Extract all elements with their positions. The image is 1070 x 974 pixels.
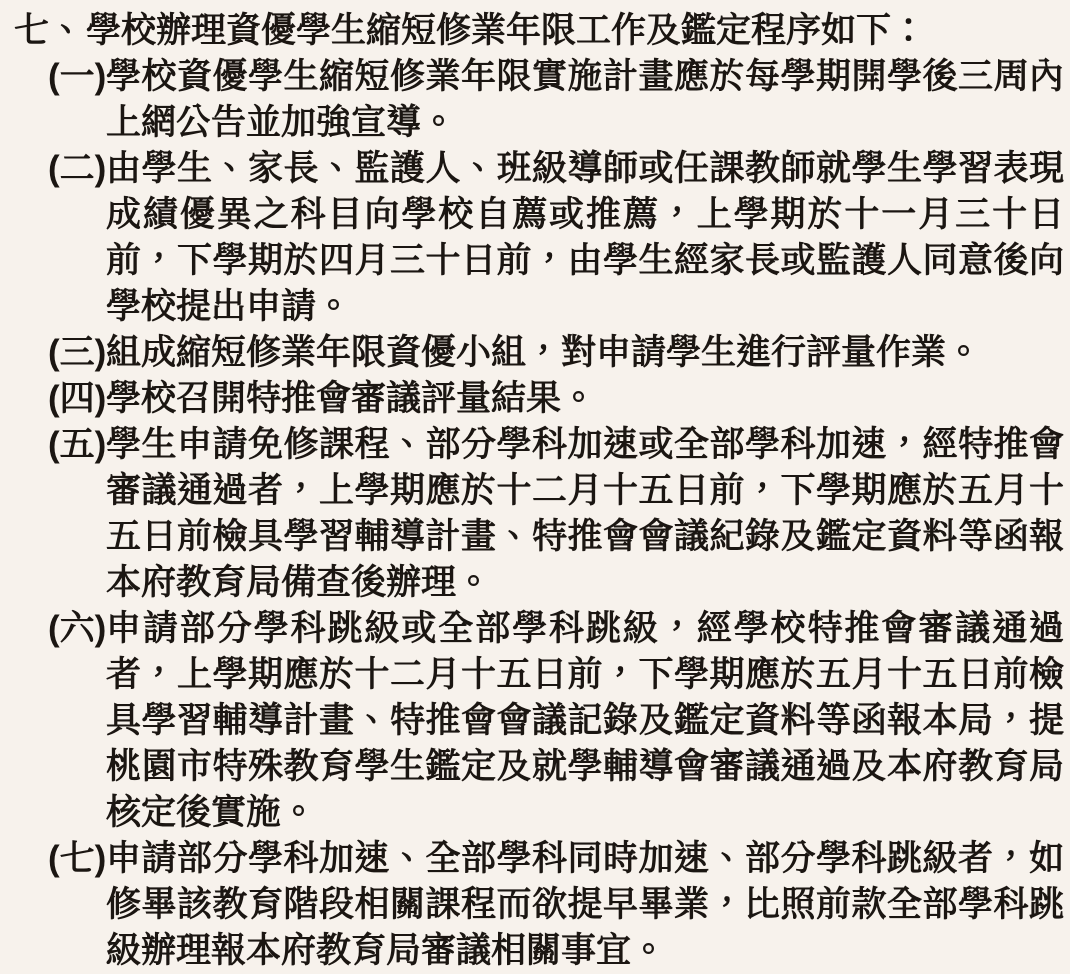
item-text: 申請部分學科跳級或全部學科跳級，經學校特推會審議通過者，上學期應於十二月十五日前… — [106, 606, 1064, 836]
item-text: 組成縮短修業年限資優小組，對申請學生進行評量作業。 — [106, 330, 1064, 376]
item-marker: (四) — [48, 376, 106, 422]
section-item-list: (一) 學校資優學生縮短修業年限實施計畫應於每學期開學後三周內上網公告並加強宣導… — [48, 54, 1064, 974]
item-marker: (三) — [48, 330, 106, 376]
item-text: 學校資優學生縮短修業年限實施計畫應於每學期開學後三周內上網公告並加強宣導。 — [106, 54, 1064, 146]
section-title: 學校辦理資優學生縮短修業年限工作及鑑定程序如下： — [86, 8, 1064, 54]
item-marker: (七) — [48, 836, 106, 882]
section-heading: 七、 學校辦理資優學生縮短修業年限工作及鑑定程序如下： — [14, 8, 1064, 54]
list-item-4: (四) 學校召開特推會審議評量結果。 — [48, 376, 1064, 422]
list-item-3: (三) 組成縮短修業年限資優小組，對申請學生進行評量作業。 — [48, 330, 1064, 376]
document-page: 七、 學校辦理資優學生縮短修業年限工作及鑑定程序如下： (一) 學校資優學生縮短… — [0, 0, 1070, 974]
item-text: 申請部分學科加速、全部學科同時加速、部分學科跳級者，如修畢該教育階段相關課程而欲… — [106, 836, 1064, 974]
list-item-6: (六) 申請部分學科跳級或全部學科跳級，經學校特推會審議通過者，上學期應於十二月… — [48, 606, 1064, 836]
item-text: 學生申請免修課程、部分學科加速或全部學科加速，經特推會審議通過者，上學期應於十二… — [106, 422, 1064, 606]
list-item-5: (五) 學生申請免修課程、部分學科加速或全部學科加速，經特推會審議通過者，上學期… — [48, 422, 1064, 606]
list-item-1: (一) 學校資優學生縮短修業年限實施計畫應於每學期開學後三周內上網公告並加強宣導… — [48, 54, 1064, 146]
item-marker: (六) — [48, 606, 106, 652]
item-marker: (五) — [48, 422, 106, 468]
item-marker: (二) — [48, 146, 106, 192]
item-marker: (一) — [48, 54, 106, 100]
list-item-7: (七) 申請部分學科加速、全部學科同時加速、部分學科跳級者，如修畢該教育階段相關… — [48, 836, 1064, 974]
list-item-2: (二) 由學生、家長、監護人、班級導師或任課教師就學生學習表現成績優異之科目向學… — [48, 146, 1064, 330]
section-number: 七、 — [14, 8, 86, 54]
item-text: 由學生、家長、監護人、班級導師或任課教師就學生學習表現成績優異之科目向學校自薦或… — [106, 146, 1064, 330]
item-text: 學校召開特推會審議評量結果。 — [106, 376, 1064, 422]
